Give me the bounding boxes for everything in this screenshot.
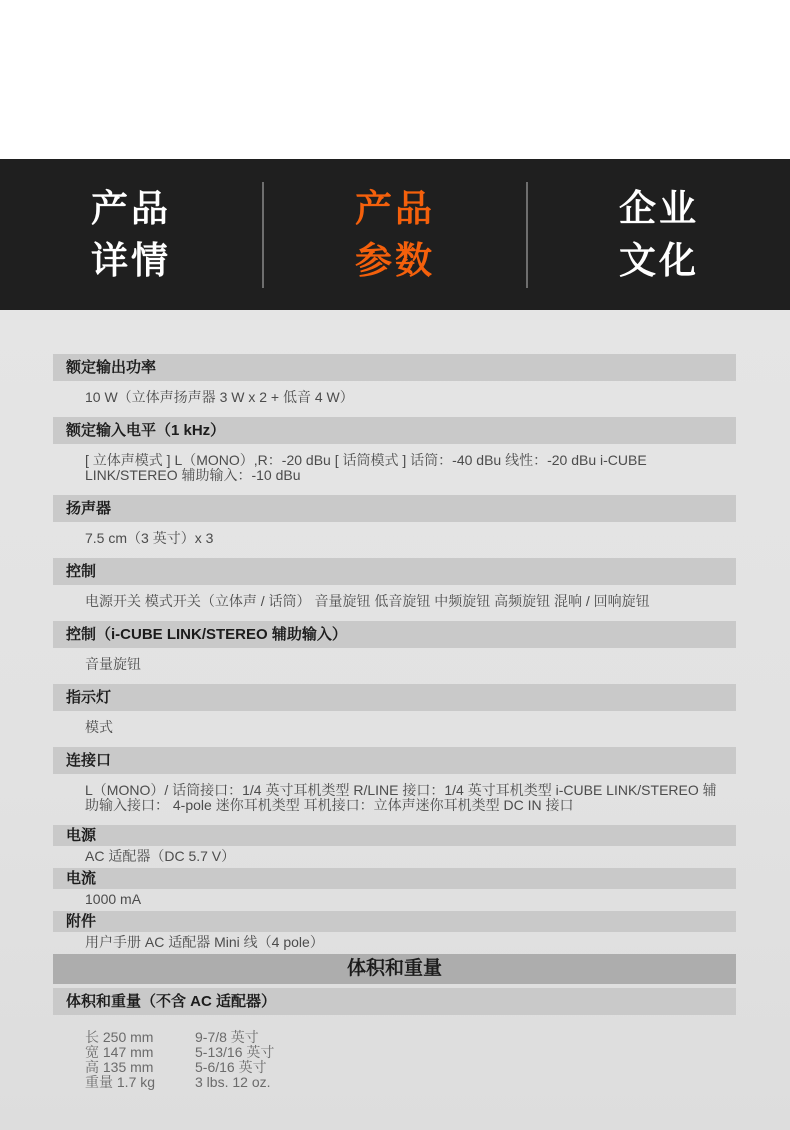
spec-label: 电流 bbox=[53, 868, 736, 889]
product-spec-page: 产品 详情 产品 参数 企业 文化 额定输出功率 10 W（立体声扬声器 3 W… bbox=[0, 0, 790, 1130]
spec-value: 音量旋钮 bbox=[53, 648, 736, 684]
spec-label: 额定输出功率 bbox=[53, 354, 736, 381]
spec-label: 指示灯 bbox=[53, 684, 736, 711]
spec-value: 用户手册 AC 适配器 Mini 线（4 pole） bbox=[53, 932, 736, 954]
spec-label: 控制（i-CUBE LINK/STEREO 辅助输入） bbox=[53, 621, 736, 648]
spec-row-speakers: 扬声器 7.5 cm（3 英寸）x 3 bbox=[53, 495, 736, 558]
dimension-imperial: 5-6/16 英寸 bbox=[195, 1060, 274, 1075]
spec-label: 扬声器 bbox=[53, 495, 736, 522]
tab-product-details[interactable]: 产品 详情 bbox=[0, 183, 262, 285]
dimensions-table: 长 250 mm 9-7/8 英寸 宽 147 mm 5-13/16 英寸 高 … bbox=[85, 1030, 274, 1090]
top-whitespace bbox=[0, 0, 790, 159]
spec-label: 电源 bbox=[53, 825, 736, 846]
spec-value: L（MONO）/ 话筒接口：1/4 英寸耳机类型 R/LINE 接口：1/4 英… bbox=[53, 774, 736, 825]
section-title-size-weight: 体积和重量 bbox=[53, 954, 736, 984]
spec-value: [ 立体声模式 ] L（MONO）,R：-20 dBu [ 话筒模式 ] 话筒：… bbox=[53, 444, 736, 495]
spec-row-controls-aux: 控制（i-CUBE LINK/STEREO 辅助输入） 音量旋钮 bbox=[53, 621, 736, 684]
spec-row-connectors: 连接口 L（MONO）/ 话筒接口：1/4 英寸耳机类型 R/LINE 接口：1… bbox=[53, 747, 736, 825]
spec-row-accessories: 附件 用户手册 AC 适配器 Mini 线（4 pole） bbox=[53, 911, 736, 954]
dimension-row-weight: 重量 1.7 kg 3 lbs. 12 oz. bbox=[85, 1075, 274, 1090]
spec-label: 控制 bbox=[53, 558, 736, 585]
tab-company-culture[interactable]: 企业 文化 bbox=[528, 183, 790, 285]
dimension-imperial: 3 lbs. 12 oz. bbox=[195, 1075, 274, 1090]
spec-row-rated-input-level: 额定输入电平（1 kHz） [ 立体声模式 ] L（MONO）,R：-20 dB… bbox=[53, 417, 736, 495]
tab-product-specs[interactable]: 产品 参数 bbox=[264, 183, 526, 285]
spec-row-indicator: 指示灯 模式 bbox=[53, 684, 736, 747]
spec-row-controls: 控制 电源开关 模式开关（立体声 / 话筒） 音量旋钮 低音旋钮 中频旋钮 高频… bbox=[53, 558, 736, 621]
spec-label: 额定输入电平（1 kHz） bbox=[53, 417, 736, 444]
dimension-metric: 宽 147 mm bbox=[85, 1045, 195, 1060]
size-weight-subheader: 体积和重量（不含 AC 适配器） bbox=[53, 988, 736, 1015]
dimension-metric: 长 250 mm bbox=[85, 1030, 195, 1045]
dimension-imperial: 5-13/16 英寸 bbox=[195, 1045, 274, 1060]
dimension-row-width: 宽 147 mm 5-13/16 英寸 bbox=[85, 1045, 274, 1060]
spec-row-rated-output-power: 额定输出功率 10 W（立体声扬声器 3 W x 2 + 低音 4 W） bbox=[53, 354, 736, 417]
dimension-imperial: 9-7/8 英寸 bbox=[195, 1030, 274, 1045]
spec-panel: 额定输出功率 10 W（立体声扬声器 3 W x 2 + 低音 4 W） 额定输… bbox=[0, 310, 790, 1130]
spec-label: 附件 bbox=[53, 911, 736, 932]
dimension-row-length: 长 250 mm 9-7/8 英寸 bbox=[85, 1030, 274, 1045]
dimension-row-height: 高 135 mm 5-6/16 英寸 bbox=[85, 1060, 274, 1075]
dimension-metric: 高 135 mm bbox=[85, 1060, 195, 1075]
spec-value: 1000 mA bbox=[53, 889, 736, 911]
spec-value: 10 W（立体声扬声器 3 W x 2 + 低音 4 W） bbox=[53, 381, 736, 417]
dimension-metric: 重量 1.7 kg bbox=[85, 1075, 195, 1090]
tab-bar: 产品 详情 产品 参数 企业 文化 bbox=[0, 159, 790, 310]
spec-value: AC 适配器（DC 5.7 V） bbox=[53, 846, 736, 868]
spec-value: 电源开关 模式开关（立体声 / 话筒） 音量旋钮 低音旋钮 中频旋钮 高频旋钮 … bbox=[53, 585, 736, 621]
spec-row-current-draw: 电流 1000 mA bbox=[53, 868, 736, 911]
spec-value: 7.5 cm（3 英寸）x 3 bbox=[53, 522, 736, 558]
spec-label: 连接口 bbox=[53, 747, 736, 774]
spec-row-power-supply: 电源 AC 适配器（DC 5.7 V） bbox=[53, 825, 736, 868]
spec-value: 模式 bbox=[53, 711, 736, 747]
